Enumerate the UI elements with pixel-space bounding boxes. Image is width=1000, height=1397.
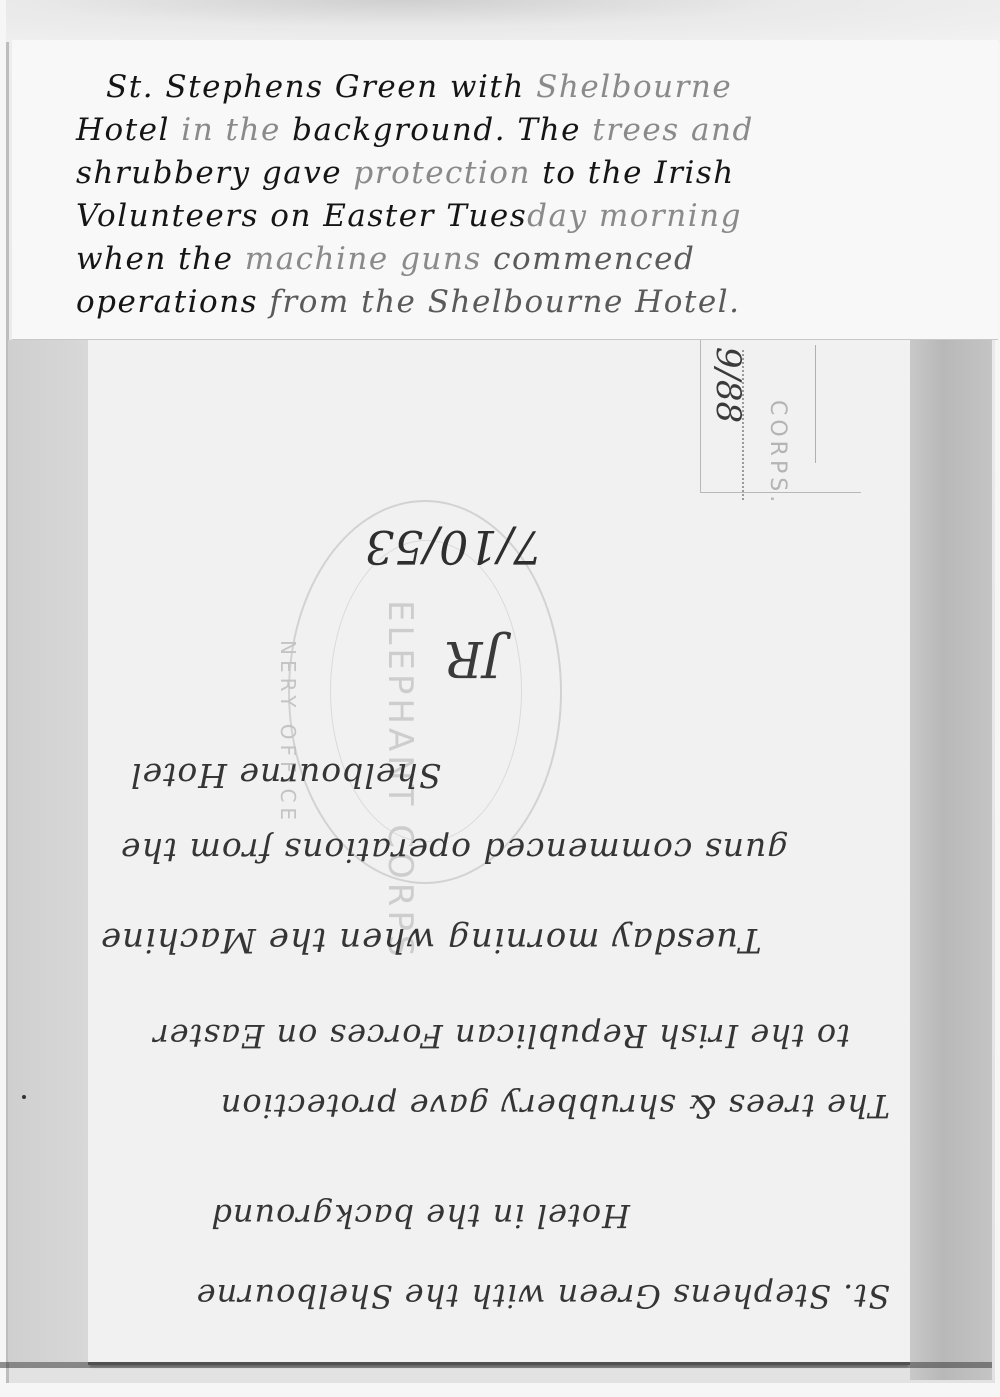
- sleeve-top-fold: [6, 0, 1000, 42]
- pencil-line-3: The trees & shrubbery gave protection: [220, 1087, 890, 1125]
- reference-number: 9/88: [708, 347, 748, 423]
- initials-mark: JR: [445, 630, 503, 688]
- pencil-line-1: St. Stephens Green with the Shelbourne: [196, 1277, 890, 1315]
- pencil-line-6: guns commenced operations from the: [120, 831, 788, 870]
- pencil-notes-upper: Shelbourne Hotel guns commenced operatio…: [110, 740, 840, 1000]
- caption-line-2: Hotel in the background. The trees and: [76, 109, 968, 152]
- date-mark: 7/10/53: [365, 520, 542, 574]
- card-bottom-edge: [0, 1362, 992, 1368]
- pencil-line-2: Hotel in the background: [210, 1197, 630, 1235]
- caption-line-4: Volunteers on Easter Tuesday morning: [76, 195, 968, 238]
- ink-speck: [22, 1095, 26, 1099]
- caption-slip: St. Stephens Green with Shelbourne Hotel…: [12, 40, 998, 340]
- pencil-line-7: Shelbourne Hotel: [130, 756, 441, 795]
- pencil-line-4: to the Irish Republican Forces on Easter: [152, 1017, 850, 1055]
- stamp-divider: [815, 345, 816, 463]
- corps-stamp-label: CORPS.: [765, 400, 790, 506]
- pencil-line-5: Tuesday morning when the Machine: [100, 920, 762, 960]
- sleeve-right-shade: [910, 340, 992, 1380]
- pencil-notes-lower: to the Irish Republican Forces on Easter…: [60, 1005, 890, 1335]
- caption-line-1: St. Stephens Green with Shelbourne: [76, 66, 968, 109]
- caption-line-6: operations from the Shelbourne Hotel.: [76, 281, 968, 324]
- caption-line-3: shrubbery gave protection to the Irish: [76, 152, 968, 195]
- caption-line-5: when the machine guns commenced: [76, 238, 968, 281]
